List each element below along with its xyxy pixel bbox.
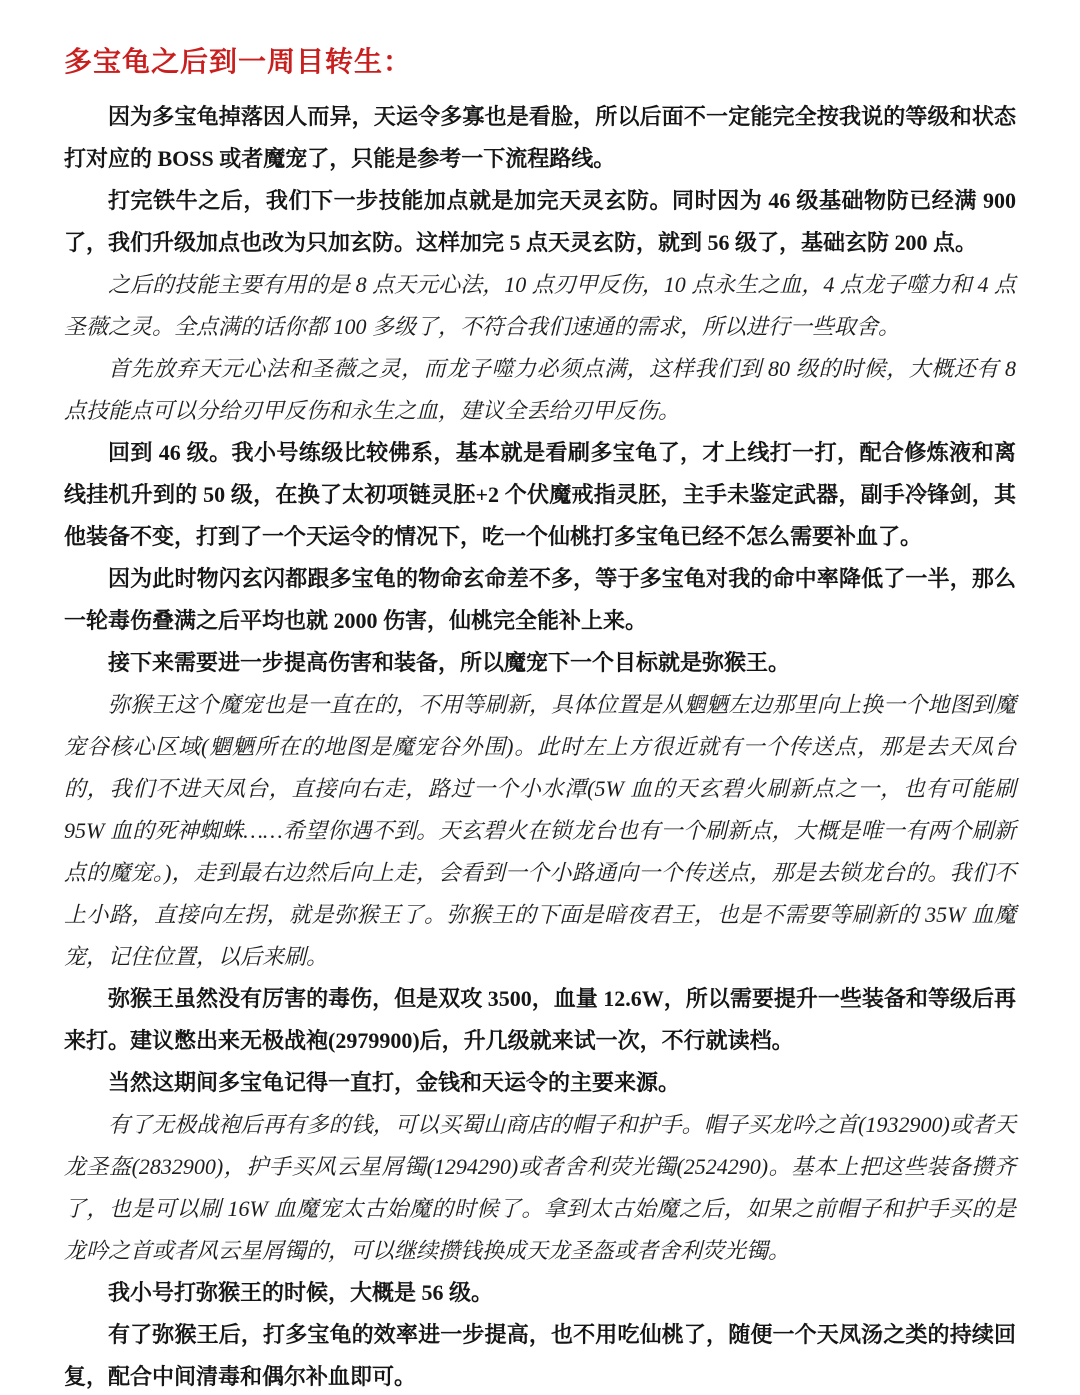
paragraph: 打完铁牛之后，我们下一步技能加点就是加完天灵玄防。同时因为 46 级基础物防已经… xyxy=(64,180,1016,264)
paragraph: 当然这期间多宝龟记得一直打，金钱和天运令的主要来源。 xyxy=(64,1062,1016,1104)
paragraph: 我小号打弥猴王的时候，大概是 56 级。 xyxy=(64,1272,1016,1314)
paragraph: 弥猴王这个魔宠也是一直在的，不用等刷新，具体位置是从魍魉左边那里向上换一个地图到… xyxy=(64,684,1016,978)
paragraph: 有了无极战袍后再有多的钱，可以买蜀山商店的帽子和护手。帽子买龙吟之首(19329… xyxy=(64,1104,1016,1272)
paragraph: 有了弥猴王后，打多宝龟的效率进一步提高，也不用吃仙桃了，随便一个天凤汤之类的持续… xyxy=(64,1314,1016,1395)
paragraph: 首先放弃天元心法和圣薇之灵，而龙子噬力必须点满，这样我们到 80 级的时候，大概… xyxy=(64,348,1016,432)
document-body: 因为多宝龟掉落因人而异，天运令多寡也是看脸，所以后面不一定能完全按我说的等级和状… xyxy=(64,96,1016,1395)
paragraph: 之后的技能主要有用的是 8 点天元心法，10 点刃甲反伤，10 点永生之血，4 … xyxy=(64,264,1016,348)
paragraph: 因为此时物闪玄闪都跟多宝龟的物命玄命差不多，等于多宝龟对我的命中率降低了一半，那… xyxy=(64,558,1016,642)
paragraph: 回到 46 级。我小号练级比较佛系，基本就是看刷多宝龟了，才上线打一打，配合修炼… xyxy=(64,432,1016,558)
paragraph: 弥猴王虽然没有厉害的毒伤，但是双攻 3500，血量 12.6W，所以需要提升一些… xyxy=(64,978,1016,1062)
paragraph: 接下来需要进一步提高伤害和装备，所以魔宠下一个目标就是弥猴王。 xyxy=(64,642,1016,684)
page-title: 多宝龟之后到一周目转生： xyxy=(64,40,1016,80)
paragraph: 因为多宝龟掉落因人而异，天运令多寡也是看脸，所以后面不一定能完全按我说的等级和状… xyxy=(64,96,1016,180)
document-page: 多宝龟之后到一周目转生： 因为多宝龟掉落因人而异，天运令多寡也是看脸，所以后面不… xyxy=(0,0,1080,1395)
